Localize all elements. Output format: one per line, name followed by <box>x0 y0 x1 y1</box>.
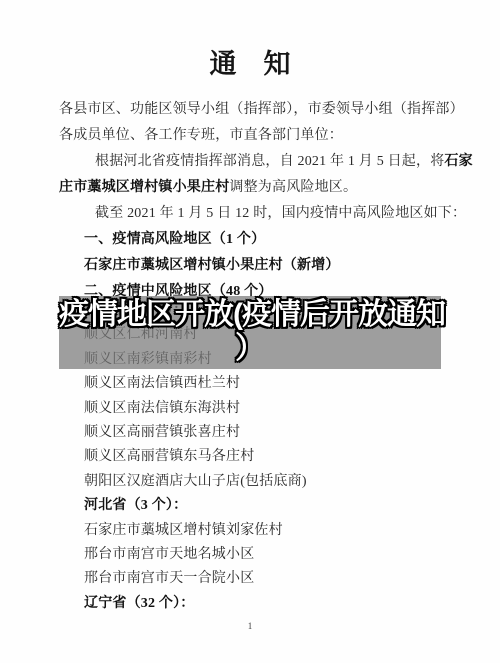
overlay-title-banner: 疫情地区开放(疫情后开放通知 ） <box>59 296 441 369</box>
doc-line: 河北省（3 个）： <box>59 494 451 518</box>
doc-line: 一、疫情高风险地区（1 个） <box>59 227 451 253</box>
page-number: 1 <box>0 621 500 631</box>
doc-line-segment: 根据河北省疫情指挥部消息，自 2021 年 1 月 5 日起，将 <box>95 154 444 169</box>
doc-line: 朝阳区汉庭酒店大山子店(包括底商) <box>59 470 451 494</box>
doc-line-bold-segment: 庄市藁城区增村镇小果庄村 <box>59 180 229 195</box>
overlay-title-line2: ） <box>59 332 441 365</box>
doc-line: 辽宁省（32 个）： <box>59 592 451 616</box>
doc-line: 各县市区、功能区领导小组（指挥部），市委领导小组（指挥部） <box>59 97 451 123</box>
doc-line: 顺义区高丽营镇东马各庄村 <box>59 445 451 469</box>
doc-line: 顺义区高丽营镇张喜庄村 <box>59 421 451 445</box>
scanned-notice-page: 通 知 各县市区、功能区领导小组（指挥部），市委领导小组（指挥部）各成员单位、各… <box>0 0 500 663</box>
doc-line: 各成员单位、各工作专班，市直各部门单位： <box>59 123 451 149</box>
overlay-title-line1: 疫情地区开放(疫情后开放通知 <box>59 297 441 332</box>
doc-line: 石家庄市藁城区增村镇刘家佐村 <box>59 519 451 543</box>
doc-line: 邢台市南宫市天一合院小区 <box>59 567 451 591</box>
doc-line: 截至 2021 年 1 月 5 日 12 时，国内疫情中高风险地区如下： <box>59 201 451 227</box>
doc-line: 根据河北省疫情指挥部消息，自 2021 年 1 月 5 日起，将石家 <box>59 149 451 175</box>
notice-body-upper: 各县市区、功能区领导小组（指挥部），市委领导小组（指挥部）各成员单位、各工作专班… <box>59 97 451 305</box>
doc-line: 石家庄市藁城区增村镇小果庄村（新增） <box>59 253 451 279</box>
doc-line: 顺义区南法信镇西杜兰村 <box>59 372 451 396</box>
doc-line: 邢台市南宫市天地名城小区 <box>59 543 451 567</box>
doc-line-bold-segment: 石家 <box>444 154 472 169</box>
notice-title: 通 知 <box>0 42 500 81</box>
doc-line: 顺义区南法信镇东海洪村 <box>59 397 451 421</box>
doc-line-segment: 调整为高风险地区。 <box>229 180 357 195</box>
doc-line: 庄市藁城区增村镇小果庄村调整为高风险地区。 <box>59 175 451 201</box>
